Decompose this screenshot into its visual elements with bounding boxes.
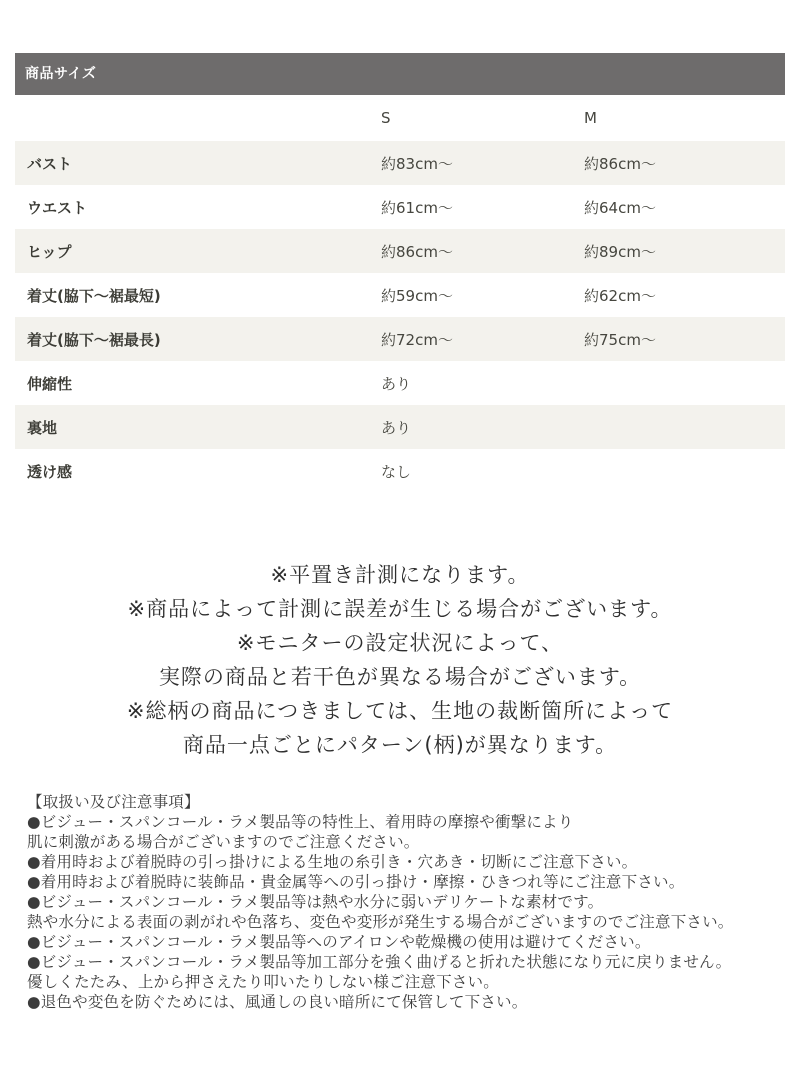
note-line: ※商品によって計測に誤差が生じる場合がございます。 xyxy=(15,592,785,626)
care-line: ●ビジュー・スパンコール・ラメ製品等へのアイロンや乾燥機の使用は避けてください。 xyxy=(27,932,775,952)
size-row-label: ヒップ xyxy=(15,241,381,262)
care-line: ●ビジュー・スパンコール・ラメ製品等加工部分を強く曲げると折れた状態になり元に戻… xyxy=(27,952,775,972)
size-value-s: あり xyxy=(381,373,584,394)
note-line: ※総柄の商品につきましては、生地の裁断箇所によって xyxy=(15,694,785,728)
size-value-m: 約75cm〜 xyxy=(584,329,785,350)
section-title: 商品サイズ xyxy=(25,66,96,82)
table-row: ウエスト 約61cm〜 約64cm〜 xyxy=(15,185,785,229)
size-value-s: 約83cm〜 xyxy=(381,153,584,174)
table-row: バスト 約83cm〜 約86cm〜 xyxy=(15,141,785,185)
care-heading: 【取扱い及び注意事項】 xyxy=(27,792,775,812)
care-line: ●退色や変色を防ぐためには、風通しの良い暗所にて保管して下さい。 xyxy=(27,992,775,1012)
size-value-m: 約89cm〜 xyxy=(584,241,785,262)
size-value-s: あり xyxy=(381,417,584,438)
size-table-header-row: S M xyxy=(15,95,785,141)
size-column-header-s: S xyxy=(381,109,584,127)
table-row: 着丈(脇下〜裾最長) 約72cm〜 約75cm〜 xyxy=(15,317,785,361)
size-row-label: 伸縮性 xyxy=(15,373,381,394)
size-value-s: 約72cm〜 xyxy=(381,329,584,350)
care-line: ●着用時および着脱時の引っ掛けによる生地の糸引き・穴あき・切断にご注意下さい。 xyxy=(27,852,775,872)
size-value-s: 約86cm〜 xyxy=(381,241,584,262)
care-line: 肌に刺激がある場合がございますのでご注意ください。 xyxy=(27,832,775,852)
note-line: 実際の商品と若干色が異なる場合がございます。 xyxy=(15,660,785,694)
note-line: ※平置き計測になります。 xyxy=(15,558,785,592)
size-value-m: 約86cm〜 xyxy=(584,153,785,174)
table-row: 伸縮性 あり xyxy=(15,361,785,405)
table-row: ヒップ 約86cm〜 約89cm〜 xyxy=(15,229,785,273)
table-row: 透け感 なし xyxy=(15,449,785,493)
size-row-label: バスト xyxy=(15,153,381,174)
care-line: 優しくたたみ、上から押さえたり叩いたりしない様ご注意下さい。 xyxy=(27,972,775,992)
size-value-s: 約59cm〜 xyxy=(381,285,584,306)
size-row-label: ウエスト xyxy=(15,197,381,218)
care-line: ●着用時および着脱時に装飾品・貴金属等への引っ掛け・摩擦・ひきつれ等にご注意下さ… xyxy=(27,872,775,892)
size-row-label: 裏地 xyxy=(15,417,381,438)
size-value-s: なし xyxy=(381,461,584,482)
size-column-header-m: M xyxy=(584,109,785,127)
section-header: 商品サイズ xyxy=(15,53,785,95)
size-table: S M バスト 約83cm〜 約86cm〜 ウエスト 約61cm〜 約64cm〜… xyxy=(15,95,785,493)
note-line: ※モニターの設定状況によって、 xyxy=(15,626,785,660)
care-instructions: 【取扱い及び注意事項】 ●ビジュー・スパンコール・ラメ製品等の特性上、着用時の摩… xyxy=(15,792,785,1012)
size-row-label: 着丈(脇下〜裾最長) xyxy=(15,329,381,350)
size-value-m: 約64cm〜 xyxy=(584,197,785,218)
size-value-s: 約61cm〜 xyxy=(381,197,584,218)
product-size-section: 商品サイズ S M バスト 約83cm〜 約86cm〜 ウエスト 約61cm〜 … xyxy=(15,53,785,1012)
note-line: 商品一点ごとにパターン(柄)が異なります。 xyxy=(15,728,785,762)
table-row: 裏地 あり xyxy=(15,405,785,449)
size-row-label: 透け感 xyxy=(15,461,381,482)
care-line: ●ビジュー・スパンコール・ラメ製品等の特性上、着用時の摩擦や衝撃により xyxy=(27,812,775,832)
measurement-notes: ※平置き計測になります。 ※商品によって計測に誤差が生じる場合がございます。 ※… xyxy=(15,558,785,762)
table-row: 着丈(脇下〜裾最短) 約59cm〜 約62cm〜 xyxy=(15,273,785,317)
care-line: 熱や水分による表面の剥がれや色落ち、変色や変形が発生する場合がございますのでご注… xyxy=(27,912,775,932)
size-row-label: 着丈(脇下〜裾最短) xyxy=(15,285,381,306)
size-value-m: 約62cm〜 xyxy=(584,285,785,306)
care-line: ●ビジュー・スパンコール・ラメ製品等は熱や水分に弱いデリケートな素材です。 xyxy=(27,892,775,912)
